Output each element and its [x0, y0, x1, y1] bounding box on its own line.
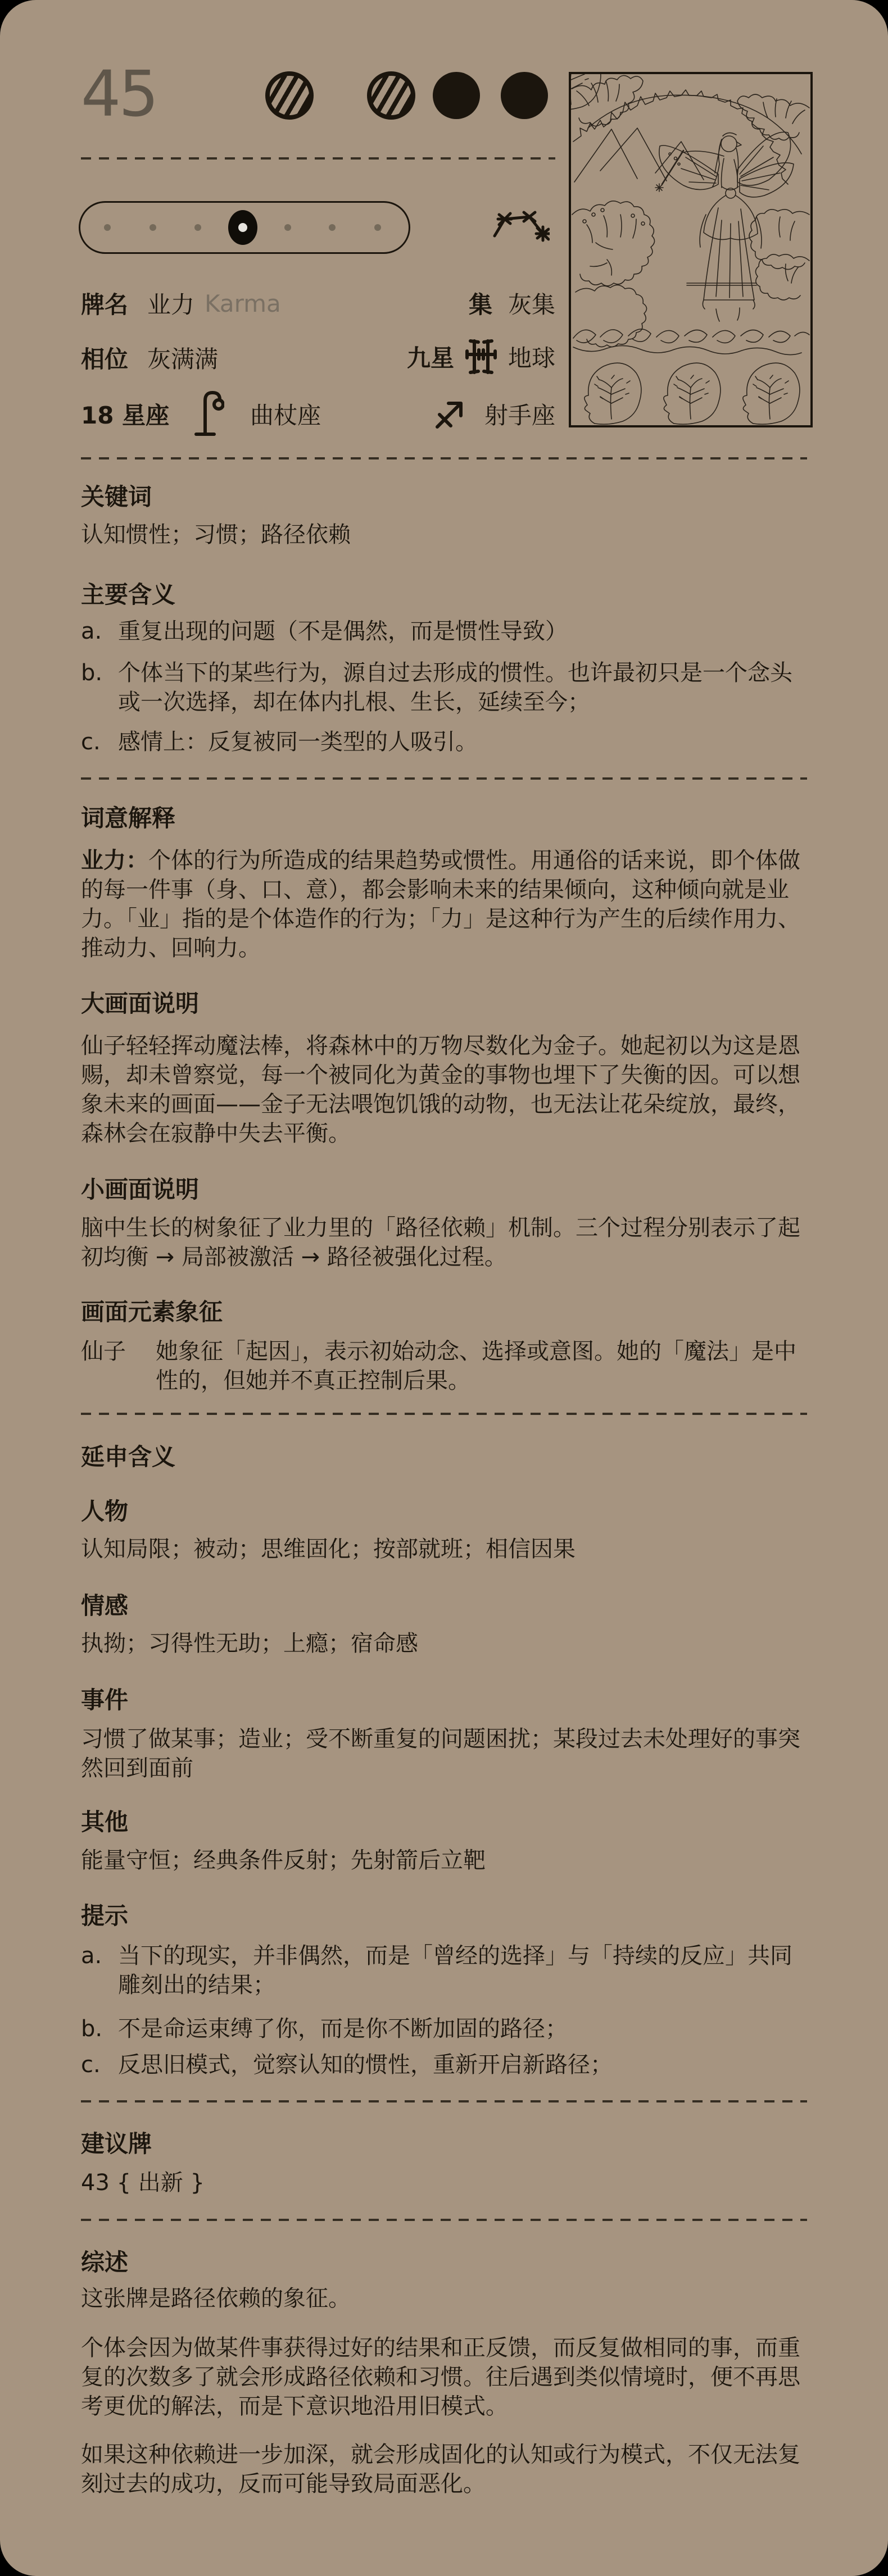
definition-body: 业力：个体的行为所造成的结果趋势或惯性。用通俗的话来说，即个体做的每一件事（身、…: [81, 846, 807, 963]
element-circle-hatched-1: [265, 71, 314, 120]
field-value-nine-star: 地球: [508, 340, 555, 374]
field-value-phase: 灰满满: [147, 341, 218, 375]
field-value-name-en: Karma: [205, 290, 281, 317]
other-body: 能量守恒；经典条件反射；先射箭后立靶: [81, 1846, 807, 1875]
field-label-nine-star: 九星: [407, 340, 454, 374]
sagittarius-arrow-icon: [433, 398, 465, 430]
subsection-title-tips: 提示: [81, 1903, 128, 1929]
fairy-forest-line-art: [571, 74, 810, 425]
list-marker: b.: [81, 2014, 102, 2043]
emotion-body: 执拗；习得性无助；上瘾；宿命感: [81, 1629, 807, 1658]
list-marker: a.: [81, 617, 102, 646]
list-item-a: a. 重复出现的问题（不是偶然，而是惯性导致）: [81, 617, 807, 646]
list-text: 重复出现的问题（不是偶然，而是惯性导致）: [118, 618, 568, 644]
list-marker: c.: [81, 727, 101, 757]
list-text: 不是命运束缚了你，而是你不断加固的路径；: [118, 2016, 568, 2042]
list-item-c: c. 感情上：反复被同一类型的人吸引。: [81, 727, 807, 757]
symbol-desc: 她象征「起因」，表示初始动念、选择或意图。她的「魔法」是中性的，但她并不真正控制…: [156, 1337, 807, 1395]
keywords-body: 认知惯性；习惯；路径依赖: [81, 520, 807, 549]
list-text: 反思旧模式，觉察认知的惯性，重新开启新路径；: [118, 2052, 613, 2078]
list-marker: c.: [81, 2050, 101, 2079]
divider-after-fields: [81, 457, 807, 459]
field-label-zodiac18: 18 星座: [81, 397, 169, 431]
definition-text: 个体的行为所造成的结果趋势或惯性。用通俗的话来说，即个体做的每一件事（身、口、意…: [81, 848, 800, 961]
subsection-title-other: 其他: [81, 1809, 128, 1835]
divider-after-tips: [81, 2100, 807, 2102]
field-label-set: 集: [469, 286, 492, 320]
small-picture-body: 脑中生长的树象征了业力里的「路径依赖」机制。三个过程分别表示了起初均衡 → 局部…: [81, 1213, 807, 1272]
section-title-main-meaning: 主要含义: [81, 582, 175, 608]
definition-lead: 业力：: [81, 848, 148, 873]
element-circle-hatched-2: [367, 71, 415, 120]
section-title-small-picture: 小画面说明: [81, 1177, 199, 1203]
section-title-extended: 延申含义: [81, 1444, 175, 1470]
field-label-name: 牌名: [81, 286, 128, 320]
summary-para-1: 这张牌是路径依赖的象征。: [81, 2284, 807, 2313]
events-body: 习惯了做某事；造业；受不断重复的问题困扰；某段过去未处理好的事突然回到面前: [81, 1724, 807, 1783]
field-value-set: 灰集: [508, 286, 555, 320]
symbol-row-fairy: 仙子 她象征「起因」，表示初始动念、选择或意图。她的「魔法」是中性的，但她并不真…: [81, 1337, 807, 1395]
field-set: 集 灰集: [469, 288, 555, 319]
card-illustration: [569, 72, 813, 427]
progress-dot-active[interactable]: [228, 210, 257, 245]
field-phase: 相位 灰满满: [81, 342, 218, 374]
field-card-name: 牌名 业力 Karma: [81, 288, 281, 319]
section-title-symbols: 画面元素象征: [81, 1299, 223, 1325]
list-marker: b.: [81, 658, 102, 688]
crook-staff-icon: [192, 390, 224, 438]
tip-item-a: a. 当下的现实，并非偶然，而是「曾经的选择」与「持续的反应」共同雕刻出的结果；: [81, 1941, 807, 2000]
tip-item-b: b. 不是命运束缚了你，而是你不断加固的路径；: [81, 2014, 807, 2043]
progress-dot-5[interactable]: [284, 224, 291, 231]
progress-dot-1[interactable]: [104, 224, 111, 231]
divider-after-symbols: [81, 1413, 807, 1415]
field-sagittarius: 射手座: [433, 390, 555, 438]
field-label-phase: 相位: [81, 341, 128, 375]
people-body: 认知局限；被动；思维固化；按部就班；相信因果: [81, 1535, 807, 1564]
progress-dot-core: [238, 223, 247, 232]
field-value-sagittarius: 射手座: [484, 397, 555, 431]
summary-para-3: 如果这种依赖进一步加深，就会形成固化的认知或行为模式，不仅无法复刻过去的成功，反…: [81, 2440, 807, 2498]
subsection-title-events: 事件: [81, 1687, 128, 1713]
field-nine-star: 九星 地球: [407, 335, 555, 378]
progress-pill[interactable]: [79, 201, 410, 254]
divider-top: [81, 157, 555, 160]
list-item-b: b. 个体当下的某些行为，源自过去形成的惯性。也许最初只是一个念头或一次选择，却…: [81, 658, 807, 717]
section-title-suggestion: 建议牌: [81, 2131, 152, 2157]
list-text: 个体当下的某些行为，源自过去形成的惯性。也许最初只是一个念头或一次选择，却在体内…: [118, 660, 792, 715]
suggestion-body: 43 { 出新 }: [81, 2168, 807, 2197]
symbol-term: 仙子: [81, 1337, 126, 1366]
summary-para-2: 个体会因为做某件事获得过好的结果和正反馈，而反复做相同的事，而重复的次数多了就会…: [81, 2333, 807, 2421]
subsection-title-emotion: 情感: [81, 1593, 128, 1619]
subsection-title-people: 人物: [81, 1499, 128, 1524]
section-title-big-picture: 大画面说明: [81, 991, 199, 1017]
list-text: 当下的现实，并非偶然，而是「曾经的选择」与「持续的反应」共同雕刻出的结果；: [118, 1943, 792, 1998]
divider-after-suggestion: [81, 2219, 807, 2221]
progress-dot-6[interactable]: [329, 224, 336, 231]
list-marker: a.: [81, 1941, 102, 1970]
tip-item-c: c. 反思旧模式，觉察认知的惯性，重新开启新路径；: [81, 2050, 807, 2079]
list-text: 感情上：反复被同一类型的人吸引。: [118, 729, 478, 755]
field-value-zodiac18: 曲杖座: [250, 397, 321, 431]
constellation-icon: [488, 202, 550, 243]
progress-dot-2[interactable]: [149, 224, 156, 231]
tarot-card-page: 45: [0, 0, 888, 2576]
earth-glyph-icon: [465, 336, 497, 377]
element-circle-solid-2: [501, 72, 548, 119]
big-picture-body: 仙子轻轻挥动魔法棒，将森林中的万物尽数化为金子。她起初以为这是恩赐，却未曾察觉，…: [81, 1031, 807, 1148]
section-title-definition: 词意解释: [81, 805, 175, 831]
section-title-summary: 综述: [81, 2250, 128, 2275]
progress-dot-3[interactable]: [194, 224, 201, 231]
progress-dot-7[interactable]: [374, 224, 381, 231]
card-number: 45: [81, 63, 157, 126]
element-circle-solid-1: [433, 72, 480, 119]
section-title-keywords: 关键词: [81, 484, 152, 510]
field-zodiac18: 18 星座 曲杖座: [81, 390, 321, 438]
field-value-name: 业力: [147, 286, 194, 320]
divider-after-main-meaning: [81, 777, 807, 780]
